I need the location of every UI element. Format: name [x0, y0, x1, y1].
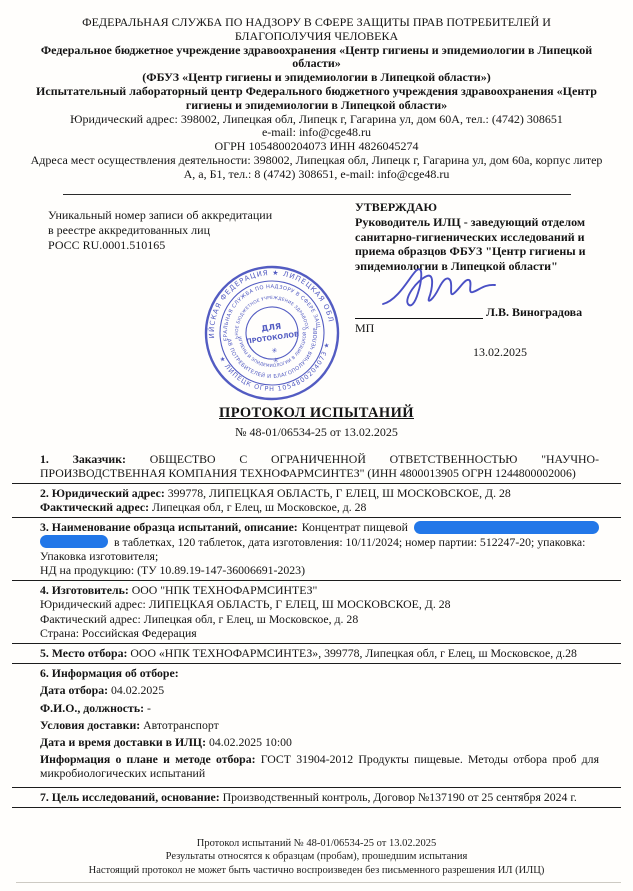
protocol-title-block: ПРОТОКОЛ ИСПЫТАНИЙ № 48-01/06534-25 от 1…	[0, 405, 633, 440]
delivery-conditions-line: Условия доставки: Автотранспорт	[40, 718, 599, 732]
email: e-mail: info@cge48.ru	[262, 125, 371, 139]
organization-name-line1: Федеральное бюджетное учреждение здравоо…	[41, 43, 592, 71]
section-sampling-place: 5. Место отбора: ООО «НПК ТЕХНОФАРМСИНТЕ…	[12, 644, 621, 664]
protocol-title: ПРОТОКОЛ ИСПЫТАНИЙ	[0, 405, 633, 422]
legal-address-line: 2. Юридический адрес: 399778, ЛИПЕЦКАЯ О…	[40, 486, 599, 500]
accreditation-number: РОСС RU.0001.510165	[48, 238, 348, 253]
sampling-date-label: Дата отбора:	[40, 683, 108, 697]
accreditation-block: Уникальный номер записи об аккредитации …	[48, 208, 348, 253]
legal-address-label: 2. Юридический адрес:	[40, 486, 165, 500]
approval-title: УТВЕРЖДАЮ	[355, 200, 593, 215]
stamp-star1: ✳	[271, 346, 278, 355]
sample-nd-line: НД на продукцию: (ТУ 10.89.19-147-360066…	[40, 563, 599, 577]
legal-address: Юридический адрес: 398002, Липецкая обл,…	[70, 112, 563, 126]
actual-address-value: Липецкая обл, г Елец, ш Московское, д. 2…	[149, 500, 366, 514]
delivery-conditions-label: Условия доставки:	[40, 718, 140, 732]
organization-name-line2: (ФБУЗ «Центр гигиены и эпидемиологии в Л…	[142, 70, 490, 84]
manufacturer-country: Страна: Российская Федерация	[40, 626, 599, 640]
legal-address-value: 399778, ЛИПЕЦКАЯ ОБЛАСТЬ, Г ЕЛЕЦ, Ш МОСК…	[165, 486, 511, 500]
purpose-value: Производственный контроль, Договор №1371…	[220, 790, 577, 804]
purpose-line: 7. Цель исследований, основание: Произво…	[40, 790, 599, 804]
stamp-place-label: МП	[355, 321, 593, 336]
sampling-fio-value: -	[144, 701, 151, 715]
purpose-label: 7. Цель исследований, основание:	[40, 790, 220, 804]
footer-copy-note: Настоящий протокол не может быть частичн…	[0, 864, 633, 878]
manufacturer-line: 4. Изготовитель: ООО "НПК ТЕХНОФАРМСИНТЕ…	[40, 583, 599, 597]
section-sample: 3. Наименование образца испытаний, описа…	[12, 518, 621, 581]
sample-name-line: 3. Наименование образца испытаний, описа…	[40, 520, 599, 534]
ogrn-inn: ОГРН 1054800204073 ИНН 4826045274	[215, 139, 419, 153]
agency-name: ФЕДЕРАЛЬНАЯ СЛУЖБА ПО НАДЗОРУ В СФЕРЕ ЗА…	[44, 16, 589, 44]
sampling-place-label: 5. Место отбора:	[40, 646, 127, 660]
organization-name: Федеральное бюджетное учреждение здравоо…	[30, 44, 603, 85]
sample-details-line: в таблетках, 120 таблеток, дата изготовл…	[40, 535, 599, 549]
protocol-number: № 48-01/06534-25 от 13.02.2025	[0, 425, 633, 440]
sampling-info-header: 6. Информация об отборе:	[40, 666, 599, 680]
sampling-fio-label: Ф.И.О., должность:	[40, 701, 144, 715]
customer-line: 1. Заказчик: ОБЩЕСТВО С ОГРАНИЧЕННОЙ ОТВ…	[40, 452, 599, 480]
actual-address-label: Фактический адрес:	[40, 500, 149, 514]
delivery-datetime-value: 04.02.2025 10:00	[206, 735, 292, 749]
document-page: ФЕДЕРАЛЬНАЯ СЛУЖБА ПО НАДЗОРУ В СФЕРЕ ЗА…	[0, 0, 633, 891]
protocol-body: 1. Заказчик: ОБЩЕСТВО С ОГРАНИЧЕННОЙ ОТВ…	[12, 450, 621, 808]
actual-address-line: Фактический адрес: Липецкая обл, г Елец,…	[40, 500, 599, 514]
delivery-datetime-label: Дата и время доставки в ИЛЦ:	[40, 735, 206, 749]
sampling-place-line: 5. Место отбора: ООО «НПК ТЕХНОФАРМСИНТЕ…	[40, 646, 599, 660]
section-manufacturer: 4. Изготовитель: ООО "НПК ТЕХНОФАРМСИНТЕ…	[12, 581, 621, 644]
accreditation-line2: в реестре аккредитованных лиц	[48, 223, 348, 238]
footer-protocol-ref: Протокол испытаний № 48-01/06534-25 от 1…	[0, 837, 633, 851]
signature-scribble-icon	[377, 260, 502, 318]
manufacturer-value: ООО "НПК ТЕХНОФАРМСИНТЕЗ"	[129, 583, 318, 597]
sampling-date-value: 04.02.2025	[108, 683, 164, 697]
approval-date: 13.02.2025	[473, 345, 593, 360]
section-legal-address: 2. Юридический адрес: 399778, ЛИПЕЦКАЯ О…	[12, 484, 621, 518]
section-customer: 1. Заказчик: ОБЩЕСТВО С ОГРАНИЧЕННОЙ ОТВ…	[12, 450, 621, 484]
stamp-center-line2: ПРОТОКОЛОВ	[246, 330, 300, 345]
document-header: ФЕДЕРАЛЬНАЯ СЛУЖБА ПО НАДЗОРУ В СФЕРЕ ЗА…	[0, 0, 633, 195]
approval-zone: Уникальный номер записи об аккредитации …	[0, 195, 633, 401]
manufacturer-actual-address: Фактический адрес: Липецкая обл, г Елец,…	[40, 612, 599, 626]
page-footer: Протокол испытаний № 48-01/06534-25 от 1…	[0, 837, 633, 878]
official-stamp: РОССИЙСКАЯ ФЕДЕРАЦИЯ ★ ЛИПЕЦКАЯ ОБЛАСТЬ …	[191, 251, 354, 414]
sampling-method-label: Информация о плане и методе отбора:	[40, 752, 256, 766]
manufacturer-legal-address: Юридический адрес: ЛИПЕЦКАЯ ОБЛАСТЬ, Г Е…	[40, 597, 599, 611]
sampling-fio-line: Ф.И.О., должность: -	[40, 701, 599, 715]
approval-block: УТВЕРЖДАЮ Руководитель ИЛЦ - заведующий …	[355, 200, 593, 360]
testing-lab-center-name: Испытательный лабораторный центр Федерал…	[34, 85, 599, 113]
sampling-date-line: Дата отбора: 04.02.2025	[40, 683, 599, 697]
delivery-datetime-line: Дата и время доставки в ИЛЦ: 04.02.2025 …	[40, 735, 599, 749]
footer-results-note: Результаты относятся к образцам (пробам)…	[0, 850, 633, 864]
stamp-star2: ✳	[272, 356, 279, 365]
section-sampling-info: 6. Информация об отборе: Дата отбора: 04…	[12, 664, 621, 787]
manufacturer-label: 4. Изготовитель:	[40, 583, 129, 597]
sampling-place-value: ООО «НПК ТЕХНОФАРМСИНТЕЗ», 399778, Липец…	[127, 646, 576, 660]
header-contacts: Юридический адрес: 398002, Липецкая обл,…	[30, 113, 603, 154]
sample-label: 3. Наименование образца испытаний, описа…	[40, 520, 298, 534]
customer-label: 1. Заказчик:	[40, 452, 126, 466]
activity-addresses: Адреса мест осуществления деятельности: …	[30, 154, 603, 182]
footer-divider	[16, 882, 621, 883]
redaction-bar	[414, 521, 599, 534]
redaction-bar	[40, 535, 108, 548]
stamp-center-line1: ДЛЯ	[261, 321, 282, 333]
section-purpose: 7. Цель исследований, основание: Произво…	[12, 788, 621, 808]
delivery-conditions-value: Автотранспорт	[140, 718, 219, 732]
sample-description: Концентрат пищевой	[302, 520, 408, 534]
sampling-info-label: 6. Информация об отборе:	[40, 666, 179, 680]
sampling-method-line: Информация о плане и методе отбора: ГОСТ…	[40, 752, 599, 780]
sample-packaging-line: Упаковка изготовителя;	[40, 549, 599, 563]
accreditation-line1: Уникальный номер записи об аккредитации	[48, 208, 348, 223]
sample-details: в таблетках, 120 таблеток, дата изготовл…	[114, 535, 585, 549]
